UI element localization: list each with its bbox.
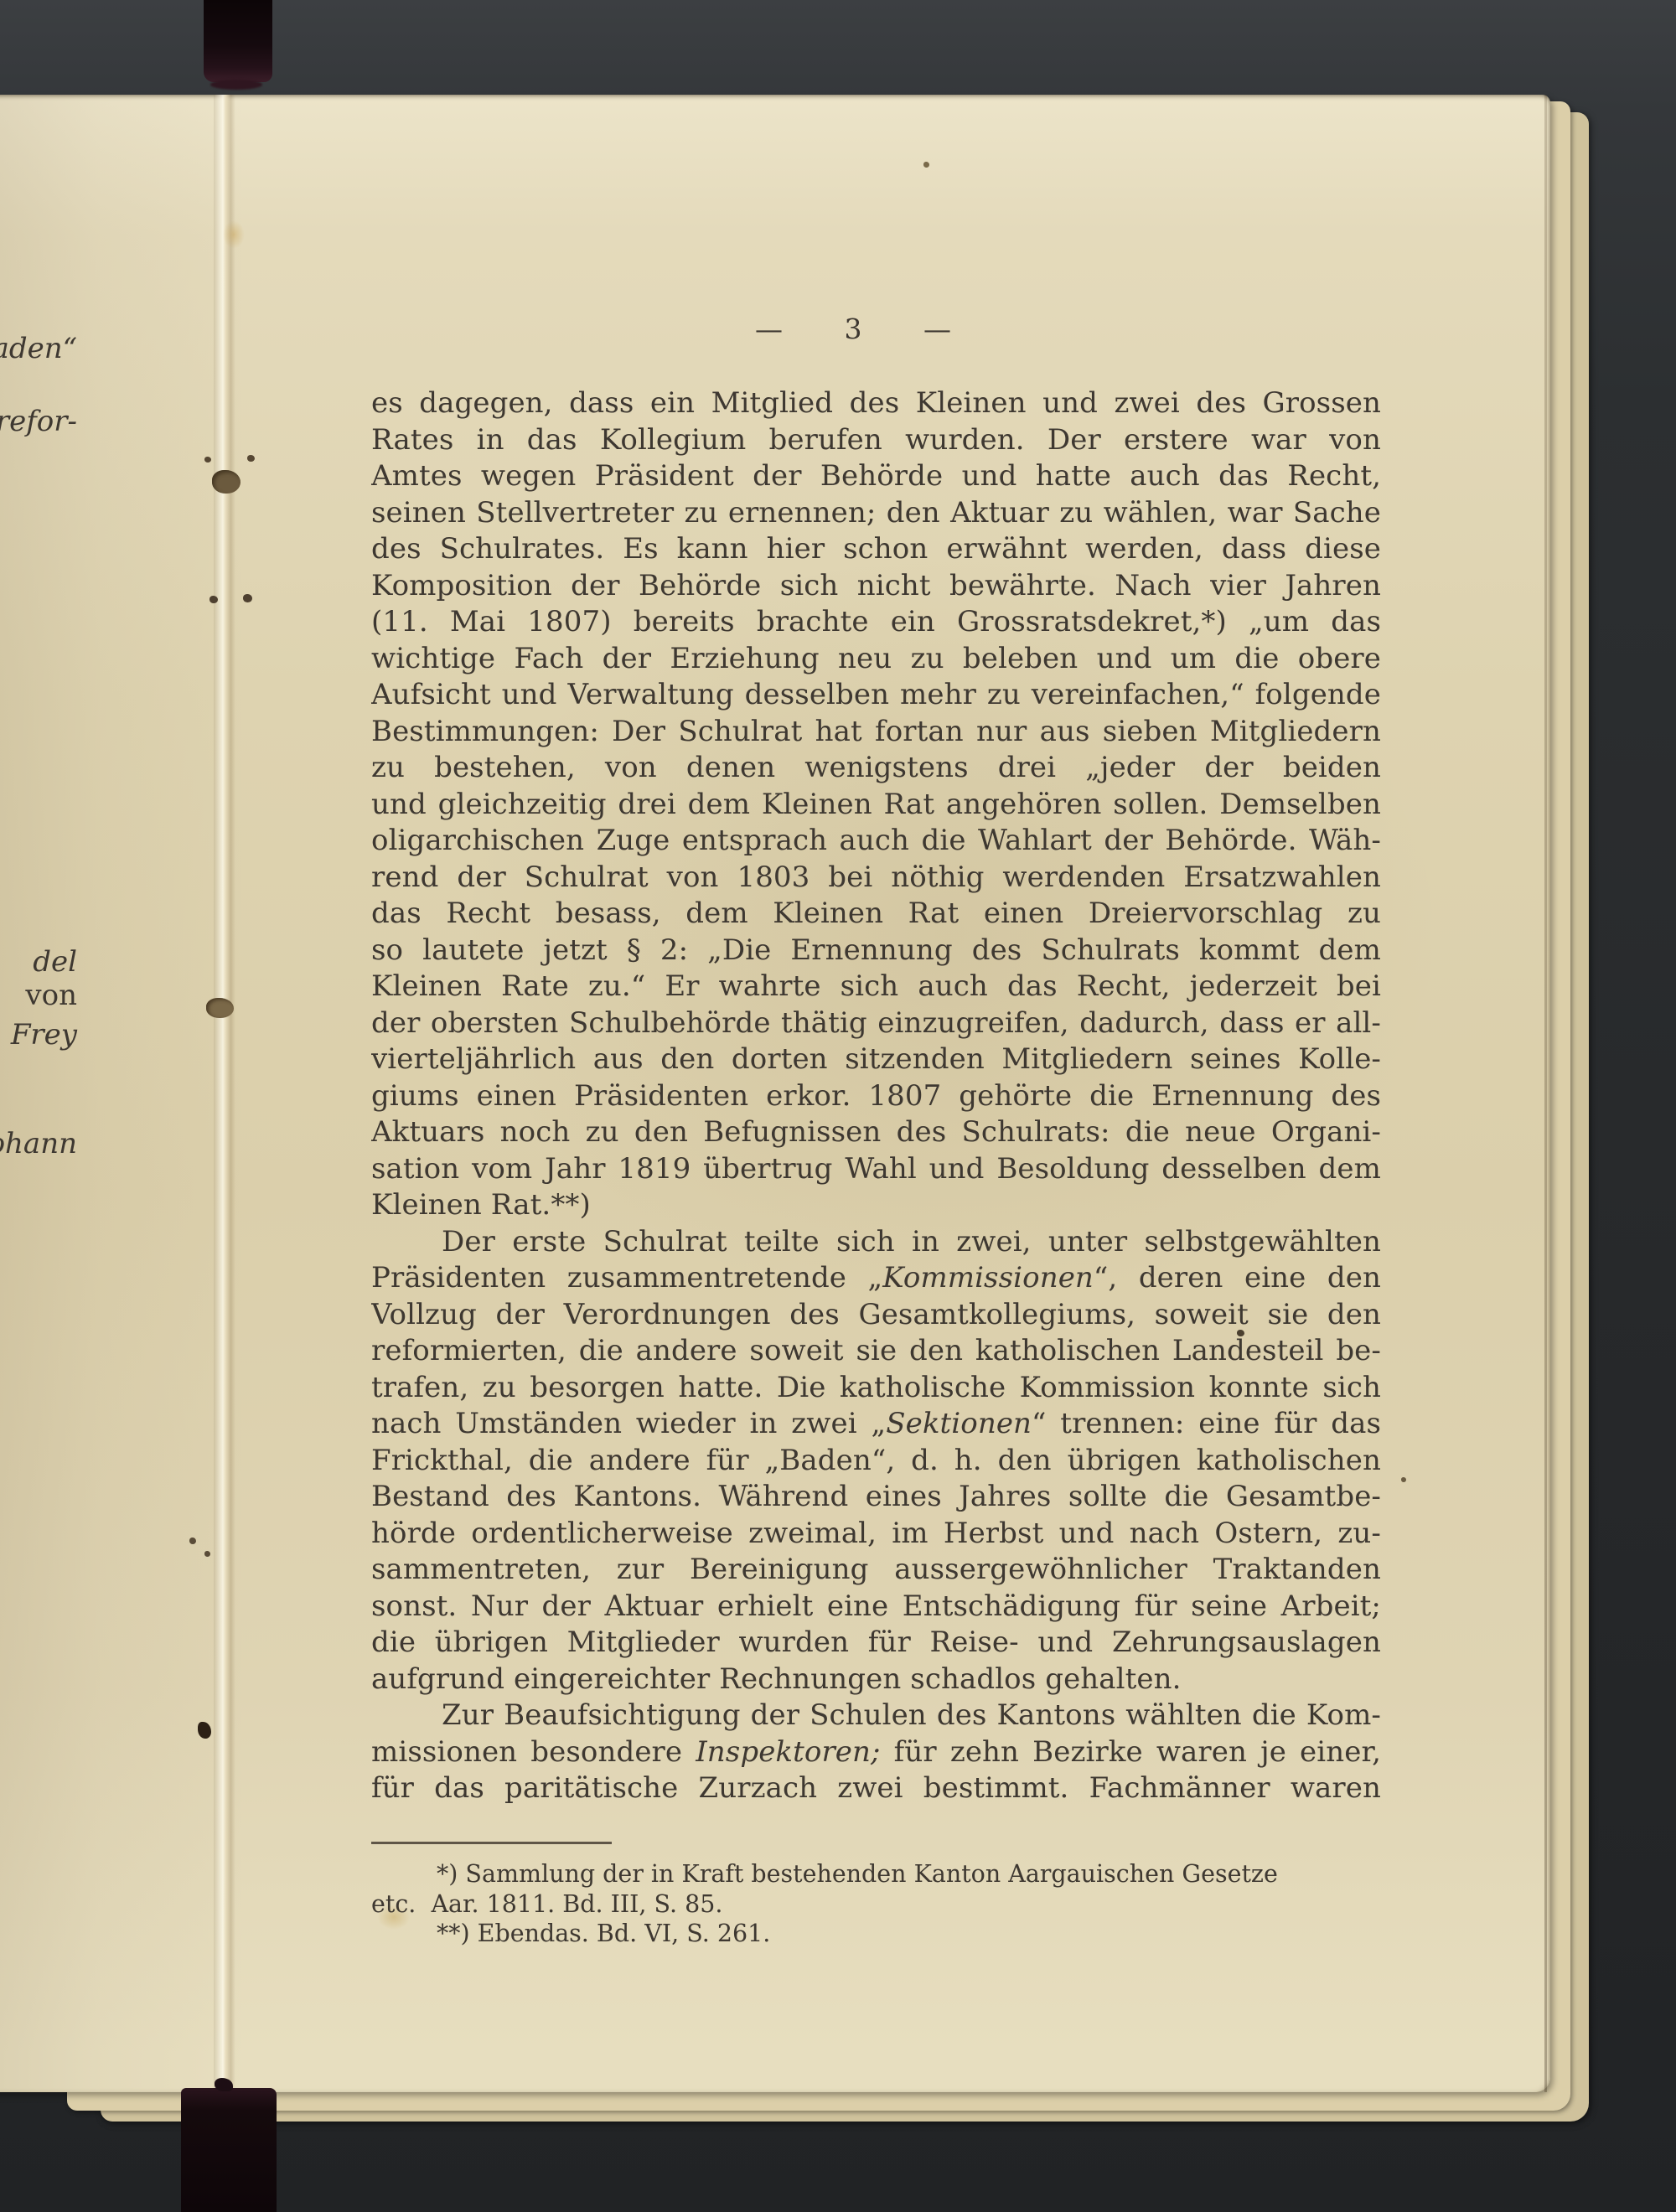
stitch-speck — [243, 594, 252, 602]
text-line: sonst. Nur der Aktuar erhielt eine Entsc… — [371, 1589, 1381, 1625]
text-segment: für zehn Bezirke waren je einer, — [881, 1735, 1381, 1769]
text-segment: es dagegen, dass ein Mitglied des Kleine… — [371, 386, 1381, 420]
text-line: seinen Stellvertreter zu ernennen; den A… — [371, 495, 1381, 532]
stitch-speck — [247, 455, 255, 462]
fragment-line — [0, 908, 77, 945]
text-segment: sation vom Jahr 1819 übertrug Wahl und B… — [371, 1152, 1381, 1186]
bookmark-ribbon-top — [204, 0, 272, 82]
fragment-line — [0, 1310, 77, 1346]
text-segment: von — [25, 979, 77, 1012]
stitch-speck — [209, 596, 218, 603]
text-segment: Der erste Schulrat teilte sich in zwei, … — [442, 1225, 1381, 1258]
text-line: trafen, zu besorgen hatte. Die katholisc… — [371, 1370, 1381, 1407]
fragment-line — [0, 1455, 77, 1487]
fragment-group — [0, 1455, 77, 1646]
text-line: der obersten Schulbehörde thätig einzugr… — [371, 1005, 1381, 1042]
text-segment: die übrigen Mitglieder wurden für Reise-… — [371, 1625, 1381, 1659]
text-line: Präsidenten zusammentretende „Kommission… — [371, 1260, 1381, 1297]
text-line: sation vom Jahr 1819 übertrug Wahl und B… — [371, 1151, 1381, 1188]
text-line: oligarchischen Zuge entsprach auch die W… — [371, 823, 1381, 860]
text-line: Frickthal, die andere für „Baden“, d. h.… — [371, 1443, 1381, 1480]
text-line: Der erste Schulrat teilte sich in zwei, … — [371, 1224, 1381, 1261]
fragment-line — [0, 1691, 77, 1713]
stitch-hole — [212, 470, 241, 494]
text-segment: Vollzug der Verordnungen des Gesamtkolle… — [371, 1298, 1381, 1331]
text-line: wichtige Fach der Erziehung neu zu beleb… — [371, 641, 1381, 678]
text-segment: “, deren eine den — [1094, 1261, 1381, 1295]
text-segment: Zur Beaufsichtigung der Schulen des Kant… — [442, 1698, 1381, 1732]
text-segment: aufgrund eingereichter Rechnungen schadl… — [371, 1662, 1182, 1696]
text-line: die übrigen Mitglieder wurden für Reise-… — [371, 1625, 1381, 1662]
text-line: giums einen Präsidenten erkor. 1807 gehö… — [371, 1078, 1381, 1115]
text-line: missionen besondere Inspektoren; für zeh… — [371, 1734, 1381, 1771]
text-segment: das Recht besass, dem Kleinen Rat einen … — [371, 897, 1381, 933]
fragment-group — [0, 1668, 77, 1736]
fragment-line — [0, 1054, 77, 1091]
text-segment: trafen, zu besorgen hatte. Die katholisc… — [371, 1371, 1381, 1404]
text-line: Vollzug der Verordnungen des Gesamtkolle… — [371, 1297, 1381, 1334]
text-segment: nach Umständen wieder in zwei „ — [371, 1407, 886, 1440]
text-segment: vierteljährlich aus den dorten sitzenden… — [371, 1042, 1381, 1076]
text-line: (11. Mai 1807) bereits brachte ein Gross… — [371, 604, 1381, 641]
footnotes: *) Sammlung der in Kraft bestehenden Kan… — [371, 1859, 1381, 1949]
text-segment: oligarchischen Zuge entsprach auch die W… — [371, 824, 1381, 857]
text-line: Kleinen Rat.**) — [371, 1187, 1381, 1224]
text-segment: Kleinen Rate zu.“ Er wahrte sich auch da… — [371, 969, 1381, 1003]
text-segment: Rates in das Kollegium berufen wurden. D… — [371, 423, 1381, 457]
fragment-line — [0, 1419, 77, 1455]
fragment-line: del von — [0, 945, 77, 982]
text-segment: Komposition der Behörde sich nicht bewäh… — [371, 569, 1381, 602]
text-line: Aufsicht und Verwaltung desselben mehr z… — [371, 677, 1381, 714]
footnote-line: **) Ebendas. Bd. VI, S. 261. — [371, 1919, 1381, 1949]
text-line: reformierten, die andere soweit sie den … — [371, 1333, 1381, 1370]
text-line: Bestimmungen: Der Schulrat hat fortan nu… — [371, 714, 1381, 751]
text-line: Zur Beaufsichtigung der Schulen des Kant… — [371, 1698, 1381, 1734]
text-segment: etc. Aar. 1811. Bd. III, S. 85. — [371, 1890, 722, 1918]
main-text: es dagegen, dass ein Mitglied des Kleine… — [371, 385, 1381, 1807]
text-segment: missionen besondere — [371, 1735, 696, 1769]
text-segment: rend der Schulrat von 1803 bei nöthig we… — [371, 861, 1381, 894]
text-segment: so lautete jetzt § 2: „Die Ernennung des… — [371, 933, 1381, 967]
fragment-line — [0, 368, 77, 405]
book-page: aden“refor-del vonFreyohann — 3 — es dag… — [0, 95, 1550, 2092]
text-segment: Kleinen Rat.**) — [371, 1188, 591, 1222]
text-segment: sonst. Nur der Aktuar erhielt eine Entsc… — [371, 1589, 1381, 1623]
fragment-line — [0, 872, 77, 909]
fragment-line — [0, 769, 77, 806]
fragment-line — [0, 1237, 77, 1274]
fragment-line — [0, 1273, 77, 1310]
facing-page-text-fragments: aden“refor-del vonFreyohann — [0, 295, 77, 1736]
text-line: sammentreten, zur Bereinigung aussergewö… — [371, 1552, 1381, 1589]
text-segment: Bestand des Kantons. Während eines Jahre… — [371, 1480, 1381, 1513]
fragment-line — [0, 1200, 77, 1237]
bookmark-ribbon-bottom — [181, 2088, 277, 2212]
fragment-line — [0, 805, 77, 842]
text-line: es dagegen, dass ein Mitglied des Kleine… — [371, 385, 1381, 422]
footnote-line: etc. Aar. 1811. Bd. III, S. 85. — [371, 1889, 1381, 1920]
fragment-line — [0, 295, 77, 332]
page-right-fold-line — [1544, 95, 1547, 2092]
fragment-line: ohann — [0, 1127, 77, 1164]
fragment-line: aden“ — [0, 332, 77, 369]
text-line: rend der Schulrat von 1803 bei nöthig we… — [371, 860, 1381, 897]
text-line: des Schulrates. Es kann hier schon erwäh… — [371, 531, 1381, 568]
fragment-line — [0, 659, 77, 696]
text-line: Aktuars noch zu den Befugnissen des Schu… — [371, 1114, 1381, 1151]
italic-text-segment: del — [33, 945, 77, 979]
text-segment: zu bestehen, von denen wenigstens drei „… — [371, 751, 1381, 787]
italic-text-segment: Frey — [11, 1018, 77, 1052]
fragment-line — [0, 1583, 77, 1615]
fragment-line — [0, 1346, 77, 1382]
text-line: vierteljährlich aus den dorten sitzenden… — [371, 1041, 1381, 1078]
text-segment: und gleichzeitig drei dem Kleinen Rat an… — [371, 788, 1381, 821]
text-line: so lautete jetzt § 2: „Die Ernennung des… — [371, 933, 1381, 969]
footnote-separator — [371, 1842, 612, 1844]
fragment-line — [0, 441, 77, 478]
fragment-line — [0, 1382, 77, 1419]
text-line: und gleichzeitig drei dem Kleinen Rat an… — [371, 787, 1381, 824]
fragment-line — [0, 550, 77, 587]
fragment-line: refor- — [0, 405, 77, 442]
fragment-line — [0, 696, 77, 733]
text-segment: (11. Mai 1807) bereits brachte ein Gross… — [371, 605, 1381, 638]
text-line: das Recht besass, dem Kleinen Rat einen … — [371, 896, 1381, 933]
gutter-crease — [214, 95, 235, 2092]
page-number: — 3 — — [371, 313, 1335, 345]
text-segment: für das paritätische Zurzach zwei bestim… — [371, 1771, 1381, 1805]
italic-text-segment: Sektionen — [886, 1407, 1032, 1440]
fragment-line — [0, 1615, 77, 1646]
fragment-line — [0, 1668, 77, 1691]
italic-text-segment: refor- — [0, 405, 77, 438]
text-line: zu bestehen, von denen wenigstens drei „… — [371, 750, 1381, 787]
italic-text-segment: Inspektoren; — [696, 1735, 880, 1769]
text-line: hörde ordentlicherweise zweimal, im Herb… — [371, 1516, 1381, 1553]
text-line: Rates in das Kollegium berufen wurden. D… — [371, 422, 1381, 459]
text-segment: **) Ebendas. Bd. VI, S. 261. — [437, 1920, 770, 1947]
text-segment: Amtes wegen Präsident der Behörde und ha… — [371, 459, 1381, 493]
text-segment: giums einen Präsidenten erkor. 1807 gehö… — [371, 1079, 1381, 1113]
text-line: für das paritätische Zurzach zwei bestim… — [371, 1770, 1381, 1807]
fragment-line — [0, 732, 77, 769]
text-line: Amtes wegen Präsident der Behörde und ha… — [371, 458, 1381, 495]
text-segment: seinen Stellvertreter zu ernennen; den A… — [371, 496, 1381, 530]
italic-text-segment: Kommissionen — [882, 1261, 1094, 1295]
fragment-line — [0, 587, 77, 623]
text-segment: sammentreten, zur Bereinigung aussergewö… — [371, 1553, 1381, 1589]
fragment-line — [0, 1091, 77, 1128]
paper-stain — [223, 220, 245, 249]
text-segment: der obersten Schulbehörde thätig einzugr… — [371, 1006, 1381, 1040]
fragment-line — [0, 1519, 77, 1551]
text-segment: “ trennen: eine für das — [1032, 1407, 1381, 1440]
stitch-speck — [204, 1551, 210, 1557]
stitch-speck — [189, 1538, 196, 1544]
text-segment: Aufsicht und Verwaltung desselben mehr z… — [371, 678, 1381, 711]
fragment-group: aden“refor- — [0, 295, 77, 842]
fragment-line — [0, 623, 77, 660]
fragment-group: del vonFreyohann — [0, 872, 77, 1455]
text-segment: Frickthal, die andere für „Baden“, d. h.… — [371, 1444, 1381, 1477]
text-line: nach Umständen wieder in zwei „Sektionen… — [371, 1406, 1381, 1443]
fragment-line — [0, 514, 77, 550]
stitch-thread — [198, 1722, 211, 1739]
italic-text-segment: ohann — [0, 1127, 77, 1160]
fragment-line — [0, 1164, 77, 1201]
paper-speck — [1401, 1477, 1406, 1482]
text-line: Bestand des Kantons. Während eines Jahre… — [371, 1479, 1381, 1516]
fragment-line — [0, 1551, 77, 1583]
text-line: Kleinen Rate zu.“ Er wahrte sich auch da… — [371, 969, 1381, 1005]
text-segment: Aktuars noch zu den Befugnissen des Schu… — [371, 1115, 1381, 1149]
text-segment: Präsidenten zusammentretende „ — [371, 1261, 882, 1295]
text-segment: *) Sammlung der in Kraft bestehenden Kan… — [437, 1860, 1278, 1888]
text-line: Komposition der Behörde sich nicht bewäh… — [371, 568, 1381, 605]
text-segment: reformierten, die andere soweit sie den … — [371, 1334, 1381, 1367]
fragment-line: Frey — [0, 1018, 77, 1055]
stitch-hole — [206, 998, 234, 1018]
stitch-speck — [204, 457, 211, 463]
fragment-line — [0, 1713, 77, 1736]
text-segment: wichtige Fach der Erziehung neu zu beleb… — [371, 642, 1381, 675]
footnote-line: *) Sammlung der in Kraft bestehenden Kan… — [371, 1859, 1381, 1889]
text-segment: Bestimmungen: Der Schulrat hat fortan nu… — [371, 715, 1381, 748]
text-segment: des Schulrates. Es kann hier schon erwäh… — [371, 532, 1381, 566]
paper-speck — [923, 162, 929, 168]
text-segment: hörde ordentlicherweise zweimal, im Herb… — [371, 1517, 1381, 1550]
scanned-book-page-photo: aden“refor-del vonFreyohann — 3 — es dag… — [0, 0, 1676, 2212]
text-line: aufgrund eingereichter Rechnungen schadl… — [371, 1662, 1381, 1698]
italic-text-segment: aden“ — [0, 332, 77, 365]
fragment-line — [0, 1487, 77, 1519]
fragment-line — [0, 478, 77, 514]
